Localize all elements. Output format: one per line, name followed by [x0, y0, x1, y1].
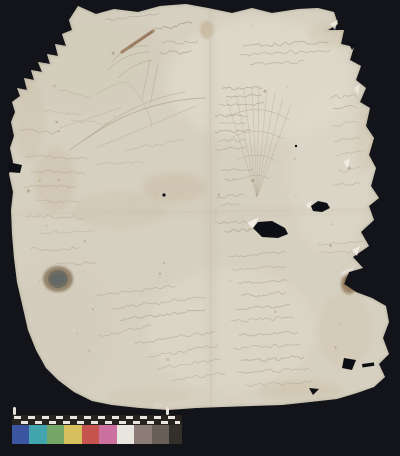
color-patches	[12, 425, 169, 444]
scale-tail	[169, 425, 182, 444]
scale-pin-right	[166, 407, 169, 415]
scale-pin-left	[13, 407, 16, 415]
color-patch-1	[12, 425, 29, 444]
scale-label-10: 10	[154, 404, 162, 411]
color-patch-7	[117, 425, 134, 444]
scale-ruler	[12, 415, 182, 425]
color-patch-4	[64, 425, 81, 444]
color-patch-5	[82, 425, 99, 444]
color-patch-3	[47, 425, 64, 444]
edge-toning	[9, 4, 389, 410]
ruler-ticks-top	[14, 416, 180, 419]
color-patch-9	[152, 425, 169, 444]
manuscript-photo	[0, 0, 400, 456]
color-patch-2	[29, 425, 46, 444]
color-patch-8	[134, 425, 151, 444]
foxing-speck	[37, 38, 39, 40]
color-patch-6	[99, 425, 116, 444]
ruler-ticks-bottom	[14, 421, 180, 424]
color-calibration-scale: 10	[12, 403, 184, 445]
photo-background: 10	[0, 0, 400, 456]
